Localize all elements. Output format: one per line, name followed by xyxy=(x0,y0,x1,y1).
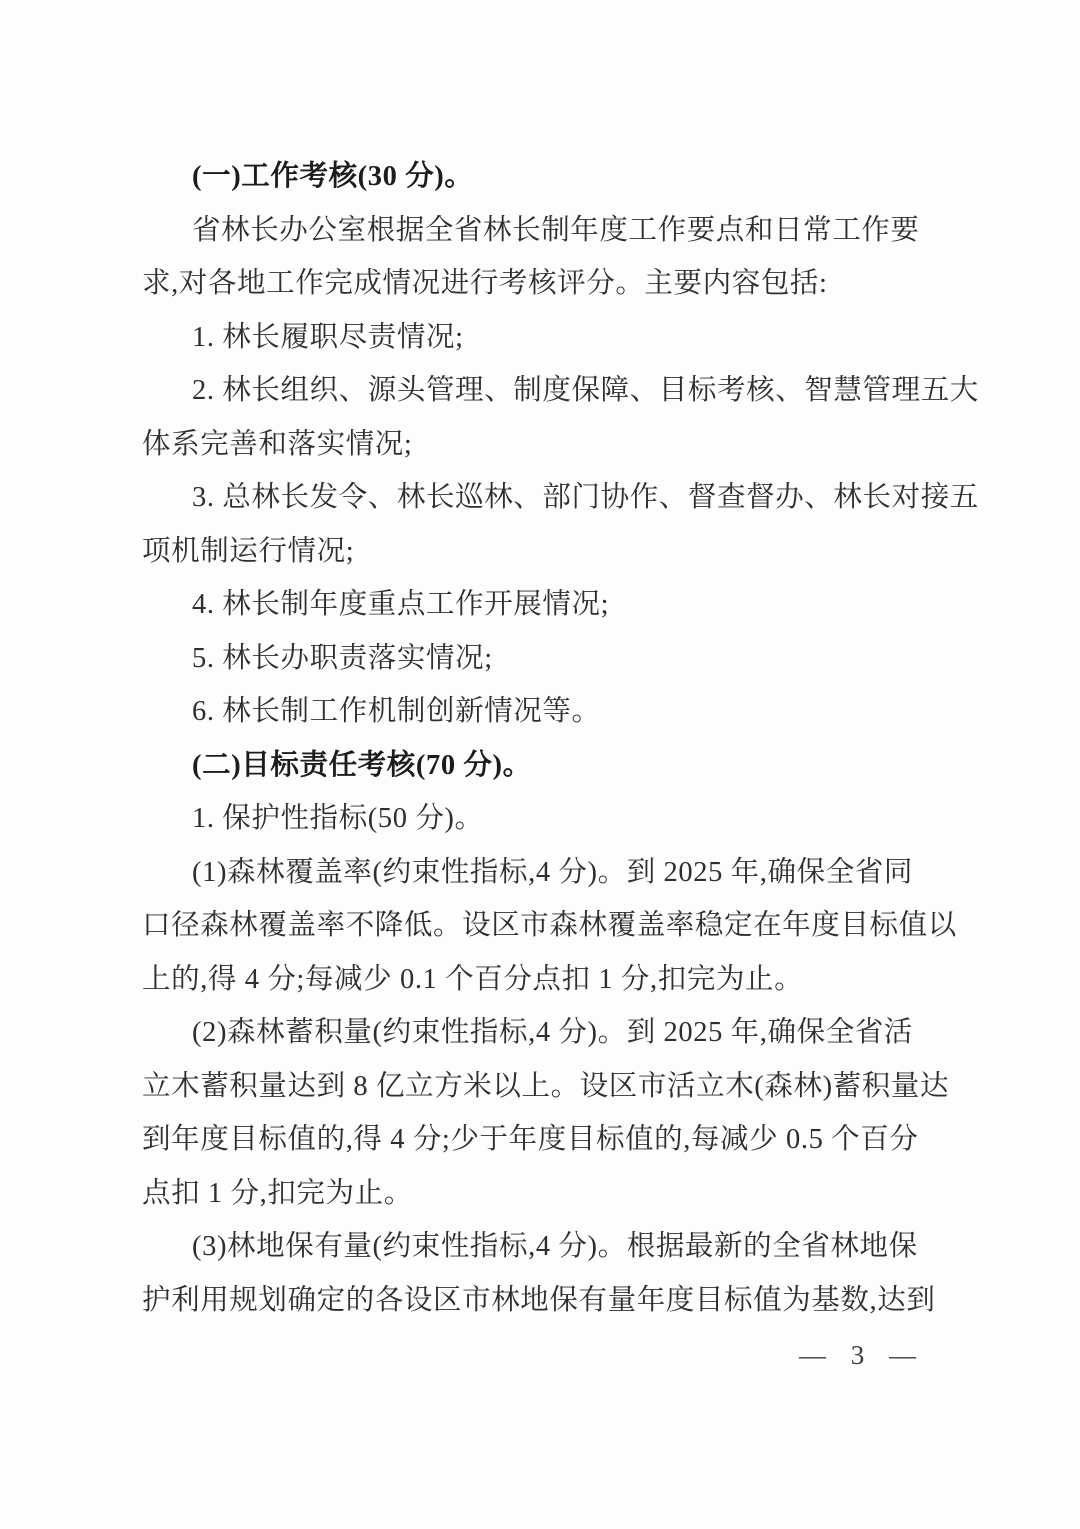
section-heading: (二)目标责任考核(70 分)。 xyxy=(142,739,937,793)
text-line: (3)林地保有量(约束性指标,4 分)。根据最新的全省林地保 xyxy=(142,1220,937,1274)
page-number: — 3 — xyxy=(799,1340,917,1370)
text-line: 5. 林长办职责落实情况; xyxy=(142,632,937,686)
text-line: 4. 林长制年度重点工作开展情况; xyxy=(142,578,937,632)
text-line: (2)森林蓄积量(约束性指标,4 分)。到 2025 年,确保全省活 xyxy=(142,1006,937,1060)
text-line: 项机制运行情况; xyxy=(142,525,937,579)
text-line: 1. 林长履职尽责情况; xyxy=(142,311,937,365)
text-line: 2. 林长组织、源头管理、制度保障、目标考核、智慧管理五大 xyxy=(142,364,937,418)
text-line: 3. 总林长发令、林长巡林、部门协作、督查督办、林长对接五 xyxy=(142,471,937,525)
text-line: 省林长办公室根据全省林长制年度工作要点和日常工作要 xyxy=(142,204,937,258)
text-line: 点扣 1 分,扣完为止。 xyxy=(142,1167,937,1221)
text-line: 6. 林长制工作机制创新情况等。 xyxy=(142,685,937,739)
text-line: 1. 保护性指标(50 分)。 xyxy=(142,792,937,846)
document-body: (一)工作考核(30 分)。省林长办公室根据全省林长制年度工作要点和日常工作要求… xyxy=(142,150,937,1327)
text-line: 上的,得 4 分;每减少 0.1 个百分点扣 1 分,扣完为止。 xyxy=(142,953,937,1007)
text-line: 求,对各地工作完成情况进行考核评分。主要内容包括: xyxy=(142,257,937,311)
text-line: (1)森林覆盖率(约束性指标,4 分)。到 2025 年,确保全省同 xyxy=(142,846,937,900)
text-line: 体系完善和落实情况; xyxy=(142,418,937,472)
text-line: 立木蓄积量达到 8 亿立方米以上。设区市活立木(森林)蓄积量达 xyxy=(142,1060,937,1114)
text-line: 护利用规划确定的各设区市林地保有量年度目标值为基数,达到 xyxy=(142,1274,937,1328)
document-page: (一)工作考核(30 分)。省林长办公室根据全省林长制年度工作要点和日常工作要求… xyxy=(0,0,1080,1529)
section-heading: (一)工作考核(30 分)。 xyxy=(142,150,937,204)
text-line: 到年度目标值的,得 4 分;少于年度目标值的,每减少 0.5 个百分 xyxy=(142,1113,937,1167)
text-line: 口径森林覆盖率不降低。设区市森林覆盖率稳定在年度目标值以 xyxy=(142,899,937,953)
